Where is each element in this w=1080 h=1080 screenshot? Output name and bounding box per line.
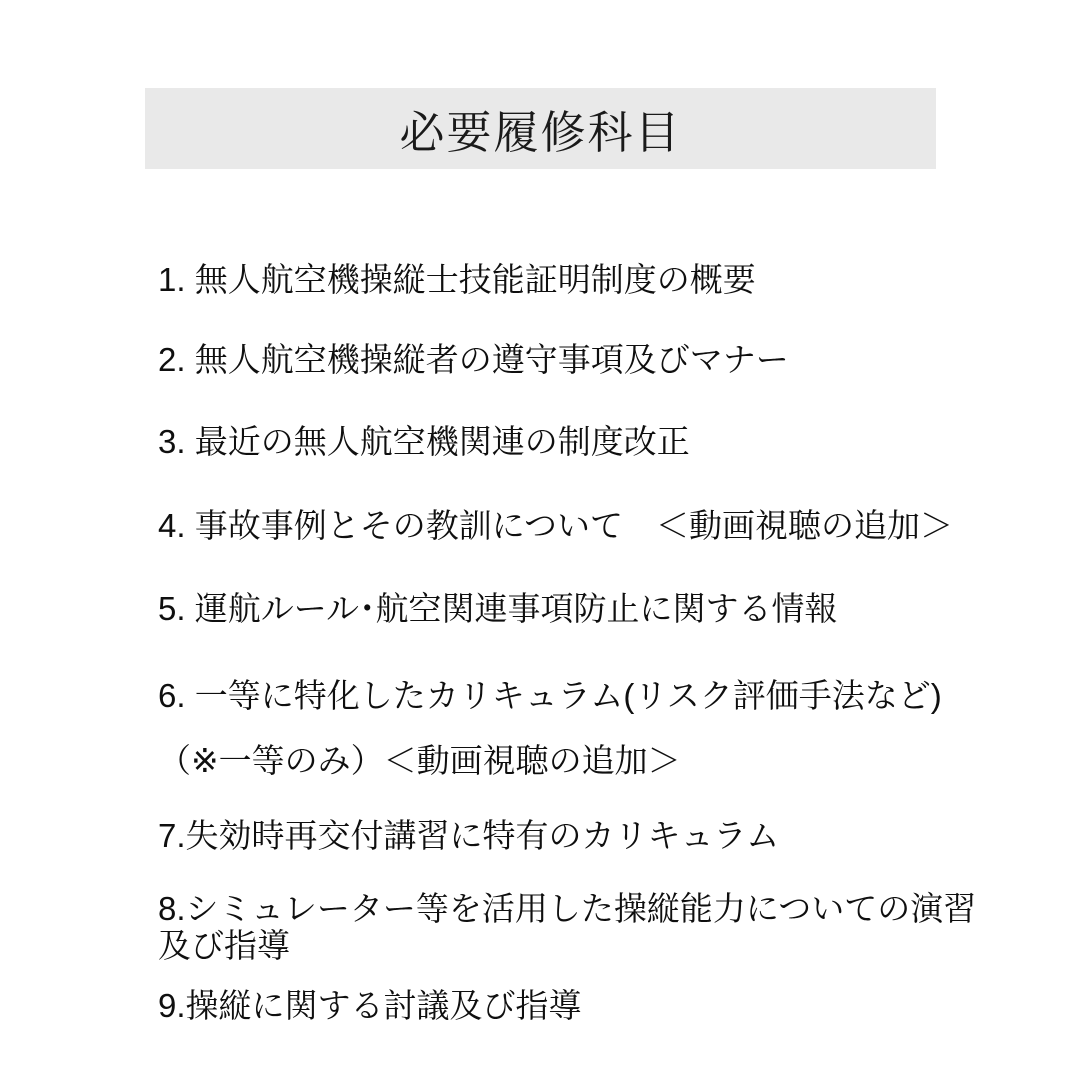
course-item-8-line-1: 8.シミュレーター等を活用した操縦能力についての演習 [158, 891, 958, 927]
course-item-4: 4. 事故事例とその教訓について ＜動画視聴の追加＞ [158, 508, 958, 544]
title-banner: 必要履修科目 [145, 88, 936, 169]
slide: 必要履修科目 1. 無人航空機操縦士技能証明制度の概要 2. 無人航空機操縦者の… [0, 0, 1080, 1080]
course-item-3: 3. 最近の無人航空機関連の制度改正 [158, 424, 958, 460]
course-item-1: 1. 無人航空機操縦士技能証明制度の概要 [158, 262, 958, 298]
course-item-5: 5. 運航ルール･航空関連事項防止に関する情報 [158, 591, 958, 627]
course-item-8-line-2: 及び指導 [158, 928, 958, 964]
course-item-8: 8.シミュレーター等を活用した操縦能力についての演習 及び指導 [158, 891, 958, 964]
course-item-6: 6. 一等に特化したカリキュラム(リスク評価手法など) （※一等のみ）＜動画視聴… [158, 678, 958, 779]
course-item-9: 9.操縦に関する討議及び指導 [158, 988, 958, 1024]
course-item-2: 2. 無人航空機操縦者の遵守事項及びマナー [158, 342, 958, 378]
course-item-6-line-1: 6. 一等に特化したカリキュラム(リスク評価手法など) [158, 678, 958, 714]
page-title: 必要履修科目 [399, 96, 681, 161]
course-item-6-line-2: （※一等のみ）＜動画視聴の追加＞ [158, 743, 958, 779]
course-item-7: 7.失効時再交付講習に特有のカリキュラム [158, 818, 958, 854]
